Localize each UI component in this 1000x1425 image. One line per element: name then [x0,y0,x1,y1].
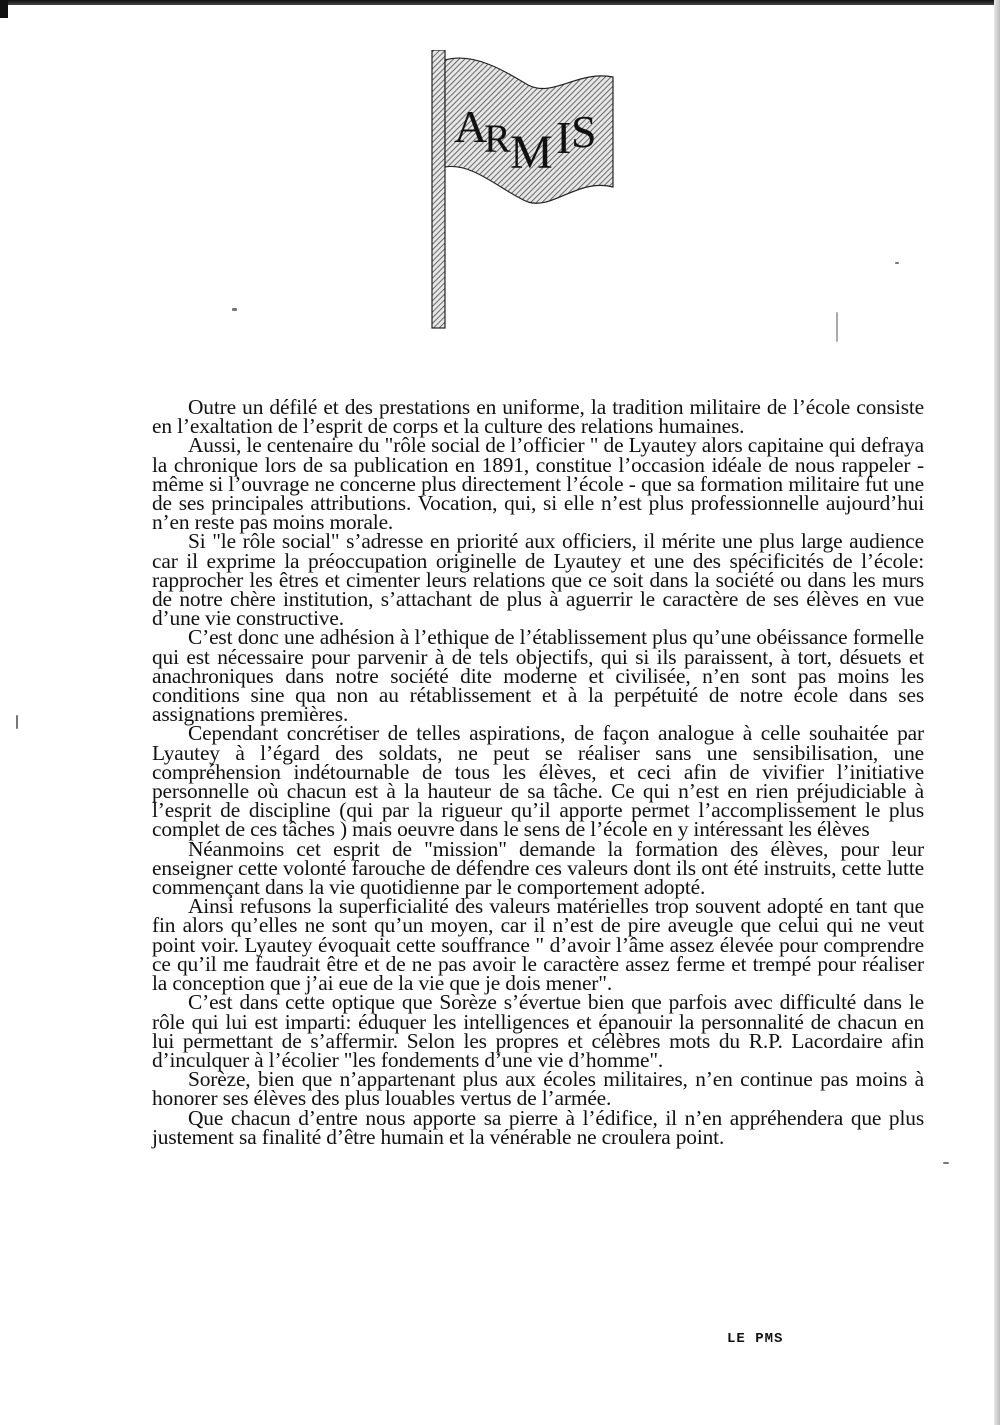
emblem-letter: S [571,106,597,157]
paragraph: Sorèze, bien que n’appartenant plus aux … [152,1070,924,1108]
paragraph: Outre un défilé et des prestations en un… [152,398,924,436]
paragraph: Ainsi refusons la superficialité des val… [152,897,924,993]
scan-corner-artifact [0,0,8,18]
flag-icon: A R M I S [428,50,628,330]
emblem-letter: A [454,101,487,152]
scan-speck [232,308,237,311]
flag-pole [432,50,445,328]
scan-speck [943,1162,949,1164]
scan-edge-right [994,0,1000,1425]
emblem-letter: M [510,126,553,179]
scan-speck [895,262,899,264]
armis-flag-emblem: A R M I S [428,50,628,330]
paragraph: Aussi, le centenaire du "rôle social de … [152,436,924,532]
emblem-letter: R [484,116,511,161]
paragraph: Si "le rôle social" s’adresse en priorit… [152,532,924,628]
scan-speck [836,312,838,342]
paragraph: C’est dans cette optique que Sorèze s’év… [152,993,924,1070]
paragraph: Cependant concrétiser de telles aspirati… [152,724,924,839]
paragraph: Que chacun d’entre nous apporte sa pierr… [152,1109,924,1147]
emblem-letter: I [556,112,571,163]
paragraph: C’est donc une adhésion à l’ethique de l… [152,628,924,724]
scan-speck [16,715,18,729]
signature: LE PMS [727,1331,783,1347]
article-body: Outre un défilé et des prestations en un… [152,398,924,1147]
scan-edge-top [0,0,1000,5]
paragraph: Néanmoins cet esprit de "mission" demand… [152,840,924,898]
